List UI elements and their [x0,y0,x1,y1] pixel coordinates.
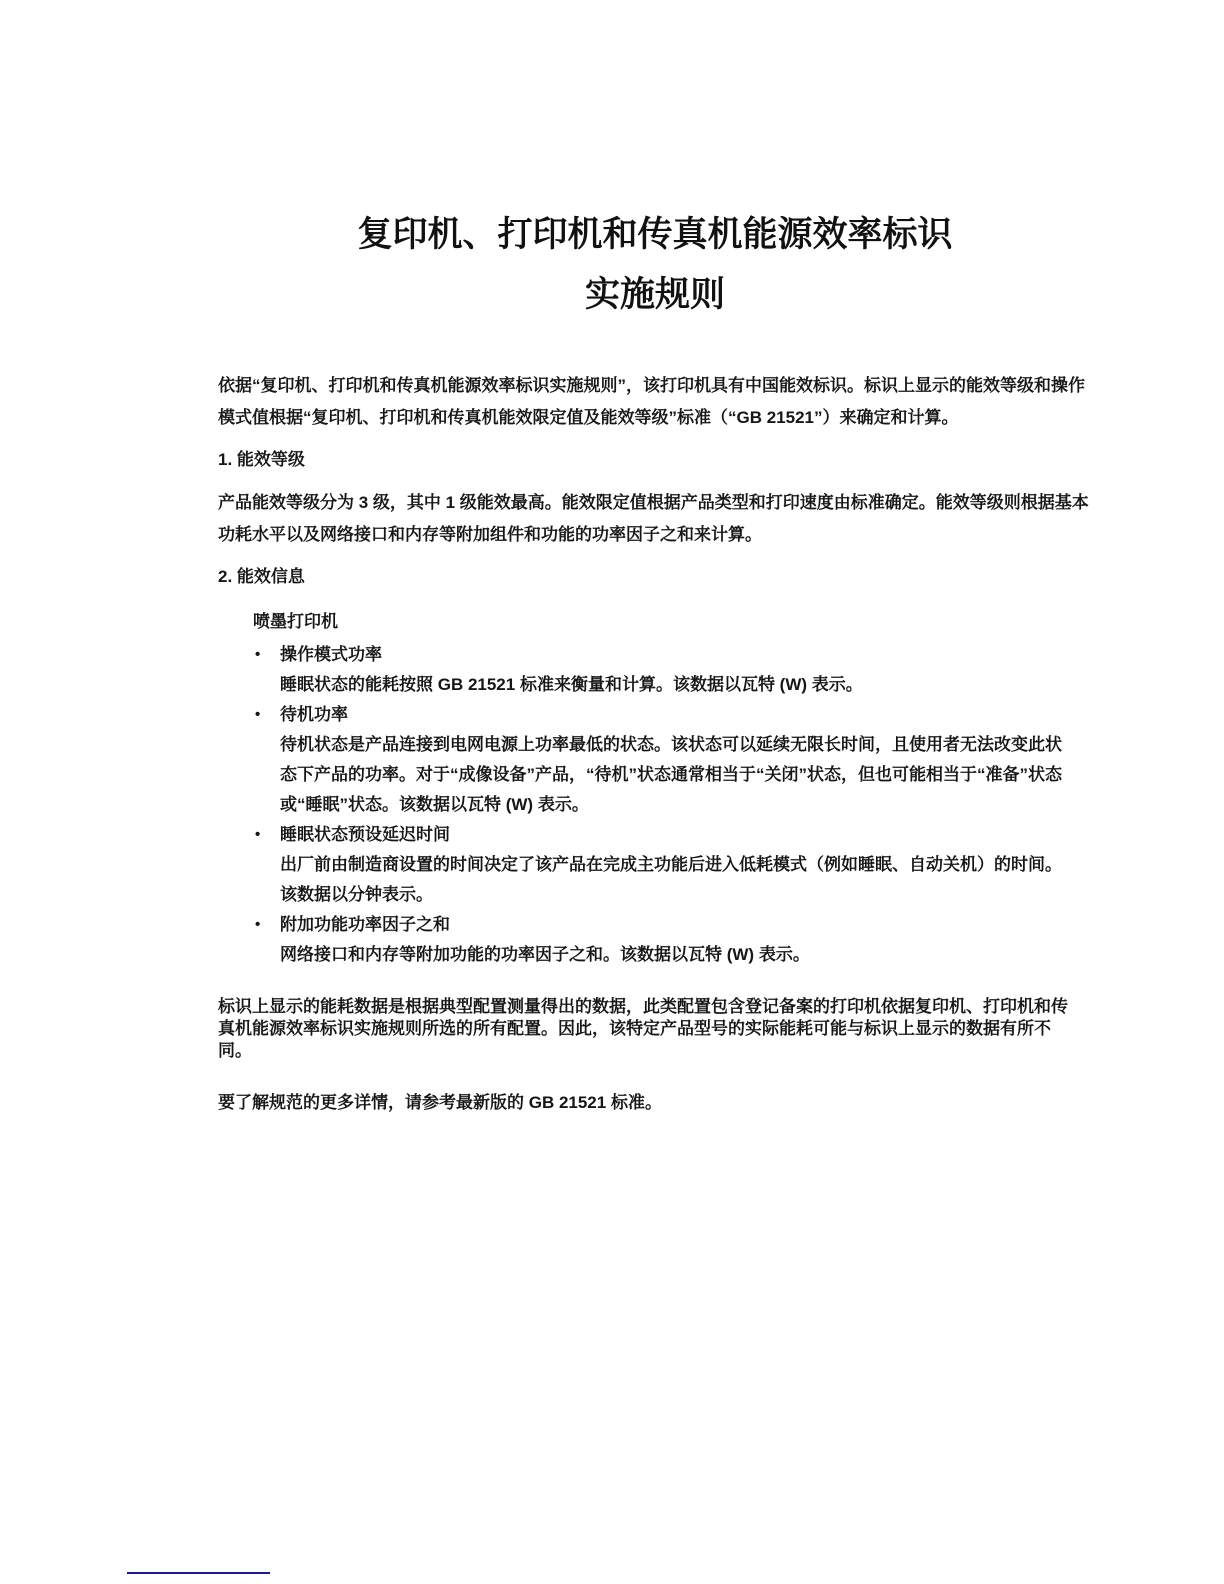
closing-paragraph: 标识上显示的能耗数据是根据典型配置测量得出的数据，此类配置包含登记备案的打印机依… [218,996,1084,1062]
bullet-desc: 出厂前由制造商设置的时间决定了该产品在完成主功能后进入低耗模式（例如睡眠、自动关… [280,850,1065,910]
bullet-term: 睡眠状态预设延迟时间 [280,820,1065,850]
intro-paragraph: 依据“复印机、打印机和传真机能源效率标识实施规则”，该打印机具有中国能效标识。标… [218,370,1092,434]
list-item: • 睡眠状态预设延迟时间 出厂前由制造商设置的时间决定了该产品在完成主功能后进入… [253,820,1065,910]
bullet-term: 待机功率 [280,700,1065,730]
section-1-body: 产品能效等级分为 3 级，其中 1 级能效最高。能效限定值根据产品类型和打印速度… [218,487,1092,551]
bullet-desc: 睡眠状态的能耗按照 GB 21521 标准来衡量和计算。该数据以瓦特 (W) 表… [280,670,1065,700]
document-content: 复印机、打印机和传真机能源效率标识 实施规则 依据“复印机、打印机和传真机能源效… [218,0,1092,1114]
bullet-desc: 网络接口和内存等附加功能的功率因子之和。该数据以瓦特 (W) 表示。 [280,940,1065,970]
page-title: 复印机、打印机和传真机能源效率标识 实施规则 [218,205,1092,325]
page-title-line-1: 复印机、打印机和传真机能源效率标识 [218,205,1092,265]
footer-note: 要了解规范的更多详情，请参考最新版的 GB 21521 标准。 [218,1092,1092,1114]
section-2-heading: 2. 能效信息 [218,561,1092,593]
bullet-term: 操作模式功率 [280,640,1065,670]
list-item: • 待机功率 待机状态是产品连接到电网电源上功率最低的状态。该状态可以延续无限长… [253,700,1065,820]
bullet-icon: • [255,640,260,670]
section-1-heading: 1. 能效等级 [218,444,1092,476]
bullet-icon: • [255,700,260,730]
bullet-desc: 待机状态是产品连接到电网电源上功率最低的状态。该状态可以延续无限长时间，且使用者… [280,730,1065,820]
document-page: 复印机、打印机和传真机能源效率标识 实施规则 依据“复印机、打印机和传真机能源效… [0,0,1224,1584]
printer-type-label: 喷墨打印机 [253,606,1092,638]
bullet-icon: • [255,820,260,850]
footer-rule-line [127,1572,270,1574]
list-item: • 操作模式功率 睡眠状态的能耗按照 GB 21521 标准来衡量和计算。该数据… [253,640,1065,700]
list-item: • 附加功能功率因子之和 网络接口和内存等附加功能的功率因子之和。该数据以瓦特 … [253,910,1065,970]
energy-info-list: • 操作模式功率 睡眠状态的能耗按照 GB 21521 标准来衡量和计算。该数据… [253,640,1065,970]
bullet-icon: • [255,910,260,940]
page-title-line-2: 实施规则 [218,265,1092,325]
bullet-term: 附加功能功率因子之和 [280,910,1065,940]
